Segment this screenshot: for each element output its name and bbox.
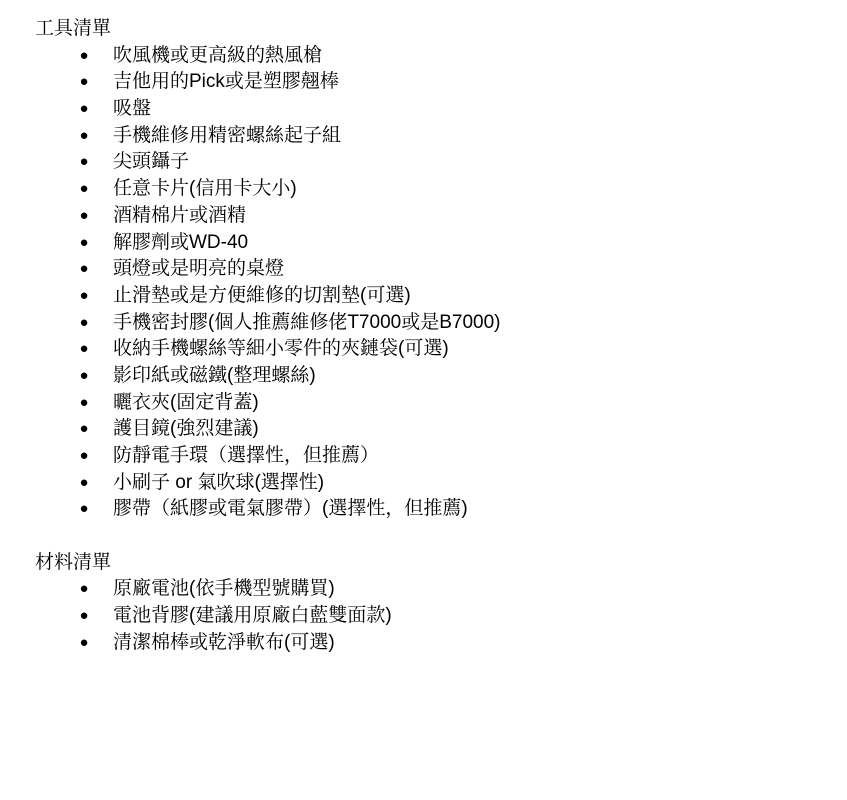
list-item: ●頭燈或是明亮的桌燈 (35, 256, 835, 283)
list-item-text: 小刷子 or 氣吹球(選擇性) (113, 472, 324, 493)
bullet-icon: ● (77, 123, 91, 150)
bullet-icon: ● (77, 310, 91, 337)
bullet-icon: ● (77, 176, 91, 203)
document-body: 工具清單 ●吹風機或更高級的熱風槍 ●吉他用的Pick或是塑膠翹棒 ●吸盤 ●手… (35, 16, 835, 657)
bullet-icon: ● (77, 630, 91, 657)
section-heading-tools: 工具清單 (35, 16, 835, 43)
bullet-icon: ● (77, 69, 91, 96)
list-item: ●曬衣夾(固定背蓋) (35, 390, 835, 417)
bullet-icon: ● (77, 256, 91, 283)
list-item: ●小刷子 or 氣吹球(選擇性) (35, 470, 835, 497)
list-item-text: 解膠劑或WD-40 (113, 232, 248, 253)
list-item: ●影印紙或磁鐵(整理螺絲) (35, 363, 835, 390)
list-item: ●清潔棉棒或乾淨軟布(可選) (35, 630, 835, 657)
bullet-icon: ● (77, 203, 91, 230)
bullet-icon: ● (77, 230, 91, 257)
bullet-icon: ● (77, 603, 91, 630)
list-item: ●酒精棉片或酒精 (35, 203, 835, 230)
list-item-text: 原廠電池(依手機型號購買) (113, 578, 335, 599)
list-item-text: 止滑墊或是方便維修的切割墊(可選) (113, 285, 411, 306)
list-item-text: 尖頭鑷子 (113, 151, 189, 172)
tools-list: ●吹風機或更高級的熱風槍 ●吉他用的Pick或是塑膠翹棒 ●吸盤 ●手機維修用精… (35, 43, 835, 523)
list-item: ●電池背膠(建議用原廠白藍雙面款) (35, 603, 835, 630)
list-item: ●手機維修用精密螺絲起子組 (35, 123, 835, 150)
list-item: ●原廠電池(依手機型號購買) (35, 576, 835, 603)
bullet-icon: ● (77, 496, 91, 523)
list-item: ●任意卡片(信用卡大小) (35, 176, 835, 203)
bullet-icon: ● (77, 283, 91, 310)
list-item: ●尖頭鑷子 (35, 149, 835, 176)
list-item-text: 影印紙或磁鐵(整理螺絲) (113, 365, 316, 386)
list-item-text: 護目鏡(強烈建議) (113, 418, 259, 439)
list-item: ●吹風機或更高級的熱風槍 (35, 43, 835, 70)
bullet-icon: ● (77, 416, 91, 443)
list-item-text: 曬衣夾(固定背蓋) (113, 392, 259, 413)
list-item-text: 吹風機或更高級的熱風槍 (113, 45, 322, 66)
list-item: ●護目鏡(強烈建議) (35, 416, 835, 443)
list-item-text: 任意卡片(信用卡大小) (113, 178, 297, 199)
list-item-text: 酒精棉片或酒精 (113, 205, 246, 226)
bullet-icon: ● (77, 470, 91, 497)
bullet-icon: ● (77, 576, 91, 603)
list-item-text: 吸盤 (113, 98, 151, 119)
list-item: ●膠帶（紙膠或電氣膠帶）(選擇性，但推薦) (35, 496, 835, 523)
list-item-text: 清潔棉棒或乾淨軟布(可選) (113, 632, 335, 653)
list-item: ●止滑墊或是方便維修的切割墊(可選) (35, 283, 835, 310)
bullet-icon: ● (77, 390, 91, 417)
bullet-icon: ● (77, 96, 91, 123)
list-item-text: 膠帶（紙膠或電氣膠帶）(選擇性，但推薦) (113, 498, 468, 519)
list-item: ●吸盤 (35, 96, 835, 123)
materials-list: ●原廠電池(依手機型號購買) ●電池背膠(建議用原廠白藍雙面款) ●清潔棉棒或乾… (35, 576, 835, 656)
bullet-icon: ● (77, 336, 91, 363)
list-item-text: 手機密封膠(個人推薦維修佬T7000或是B7000) (113, 312, 500, 333)
list-item: ●手機密封膠(個人推薦維修佬T7000或是B7000) (35, 310, 835, 337)
bullet-icon: ● (77, 149, 91, 176)
bullet-icon: ● (77, 443, 91, 470)
bullet-icon: ● (77, 43, 91, 70)
bullet-icon: ● (77, 363, 91, 390)
list-item: ●解膠劑或WD-40 (35, 230, 835, 257)
list-item: ●防靜電手環（選擇性，但推薦） (35, 443, 835, 470)
section-heading-materials: 材料清單 (35, 550, 835, 577)
list-item-text: 收納手機螺絲等細小零件的夾鏈袋(可選) (113, 338, 449, 359)
list-item-text: 防靜電手環（選擇性，但推薦） (113, 445, 379, 466)
list-item-text: 手機維修用精密螺絲起子組 (113, 125, 341, 146)
list-item: ●收納手機螺絲等細小零件的夾鏈袋(可選) (35, 336, 835, 363)
list-item: ●吉他用的Pick或是塑膠翹棒 (35, 69, 835, 96)
section-spacer (35, 523, 835, 550)
list-item-text: 頭燈或是明亮的桌燈 (113, 258, 284, 279)
list-item-text: 吉他用的Pick或是塑膠翹棒 (113, 71, 339, 92)
list-item-text: 電池背膠(建議用原廠白藍雙面款) (113, 605, 392, 626)
